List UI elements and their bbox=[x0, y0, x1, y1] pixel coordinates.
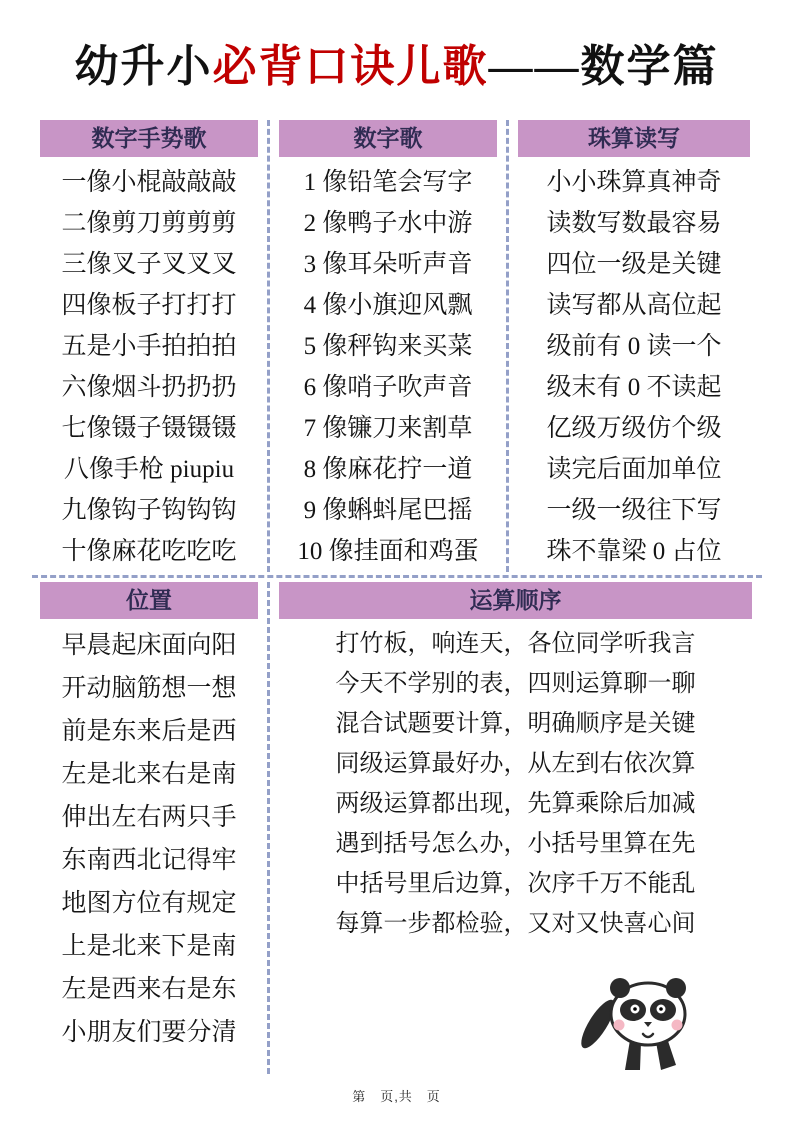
rhyme-line: 四位一级是关键 bbox=[518, 244, 750, 285]
rhyme-line: 级末有 0 不读起 bbox=[518, 367, 750, 408]
section-position: 位置 早晨起床面向阳开动脑筋想一想前是东来后是西左是北来右是南伸出左右两只手东南… bbox=[40, 582, 258, 1074]
rhyme-lines-position: 早晨起床面向阳开动脑筋想一想前是东来后是西左是北来右是南伸出左右两只手东南西北记… bbox=[40, 619, 258, 1054]
rhyme-line: 一像小棍敲敲敲 bbox=[40, 162, 258, 203]
page-number-footer: 第 页,共 页 bbox=[0, 1086, 793, 1105]
rhyme-line: 九像钩子钩钩钩 bbox=[40, 490, 258, 531]
panda-icon bbox=[572, 972, 722, 1074]
rhyme-line: 中括号里后边算，次序千万不能乱 bbox=[279, 864, 752, 904]
rhyme-line: 5 像秤钩来买菜 bbox=[279, 326, 497, 367]
top-section-grid: 数字手势歌 一像小棍敲敲敲二像剪刀剪剪剪三像叉子叉叉叉四像板子打打打五是小手拍拍… bbox=[40, 120, 752, 572]
rhyme-line: 1 像铅笔会写字 bbox=[279, 162, 497, 203]
rhyme-line: 早晨起床面向阳 bbox=[40, 624, 258, 667]
rhyme-line: 4 像小旗迎风飘 bbox=[279, 285, 497, 326]
rhyme-line: 遇到括号怎么办，小括号里算在先 bbox=[279, 824, 752, 864]
rhyme-line: 八像手枪 piupiu bbox=[40, 449, 258, 490]
rhyme-line: 十像麻花吃吃吃 bbox=[40, 531, 258, 572]
rhyme-line: 四像板子打打打 bbox=[40, 285, 258, 326]
title-suffix: ——数学篇 bbox=[489, 42, 719, 91]
section-abacus-read-write: 珠算读写 小小珠算真神奇读数写数最容易四位一级是关键读写都从高位起级前有 0 读… bbox=[518, 120, 750, 572]
title-highlight: 必背口诀儿歌 bbox=[213, 42, 489, 91]
rhyme-line: 混合试题要计算，明确顺序是关键 bbox=[279, 704, 752, 744]
rhyme-line: 8 像麻花拧一道 bbox=[279, 449, 497, 490]
rhyme-line: 东南西北记得牢 bbox=[40, 839, 258, 882]
rhyme-line: 三像叉子叉叉叉 bbox=[40, 244, 258, 285]
rhyme-line: 9 像蝌蚪尾巴摇 bbox=[279, 490, 497, 531]
rhyme-line: 伸出左右两只手 bbox=[40, 796, 258, 839]
section-header-abacus-read-write: 珠算读写 bbox=[518, 120, 750, 157]
rhyme-line: 10 像挂面和鸡蛋 bbox=[279, 531, 497, 572]
rhyme-line: 两级运算都出现，先算乘除后加减 bbox=[279, 784, 752, 824]
section-number-song: 数字歌 1 像铅笔会写字2 像鸭子水中游3 像耳朵听声音4 像小旗迎风飘5 像秤… bbox=[279, 120, 497, 572]
rhyme-line: 小小珠算真神奇 bbox=[518, 162, 750, 203]
horizontal-dashed-divider bbox=[32, 575, 762, 578]
section-header-number-gesture-song: 数字手势歌 bbox=[40, 120, 258, 157]
rhyme-lines-abacus-read-write: 小小珠算真神奇读数写数最容易四位一级是关键读写都从高位起级前有 0 读一个级末有… bbox=[518, 157, 750, 572]
rhyme-line: 六像烟斗扔扔扔 bbox=[40, 367, 258, 408]
rhyme-line: 前是东来后是西 bbox=[40, 710, 258, 753]
rhyme-lines-number-gesture-song: 一像小棍敲敲敲二像剪刀剪剪剪三像叉子叉叉叉四像板子打打打五是小手拍拍拍六像烟斗扔… bbox=[40, 157, 258, 572]
rhyme-line: 左是北来右是南 bbox=[40, 753, 258, 796]
rhyme-line: 读写都从高位起 bbox=[518, 285, 750, 326]
vertical-dashed-divider bbox=[267, 120, 270, 572]
rhyme-line: 左是西来右是东 bbox=[40, 968, 258, 1011]
rhyme-line: 2 像鸭子水中游 bbox=[279, 203, 497, 244]
section-header-operation-order: 运算顺序 bbox=[279, 582, 752, 619]
section-header-position: 位置 bbox=[40, 582, 258, 619]
bottom-section-grid: 位置 早晨起床面向阳开动脑筋想一想前是东来后是西左是北来右是南伸出左右两只手东南… bbox=[40, 582, 752, 1074]
rhyme-line: 今天不学别的表，四则运算聊一聊 bbox=[279, 664, 752, 704]
rhyme-line: 七像镊子镊镊镊 bbox=[40, 408, 258, 449]
rhyme-line: 级前有 0 读一个 bbox=[518, 326, 750, 367]
section-header-number-song: 数字歌 bbox=[279, 120, 497, 157]
rhyme-line: 7 像镰刀来割草 bbox=[279, 408, 497, 449]
rhyme-line: 一级一级往下写 bbox=[518, 490, 750, 531]
rhyme-line: 开动脑筋想一想 bbox=[40, 667, 258, 710]
rhyme-line: 打竹板，响连天，各位同学听我言 bbox=[279, 624, 752, 664]
section-number-gesture-song: 数字手势歌 一像小棍敲敲敲二像剪刀剪剪剪三像叉子叉叉叉四像板子打打打五是小手拍拍… bbox=[40, 120, 258, 572]
worksheet-content: 数字手势歌 一像小棍敲敲敲二像剪刀剪剪剪三像叉子叉叉叉四像板子打打打五是小手拍拍… bbox=[40, 120, 752, 1074]
rhyme-lines-number-song: 1 像铅笔会写字2 像鸭子水中游3 像耳朵听声音4 像小旗迎风飘5 像秤钩来买菜… bbox=[279, 157, 497, 572]
rhyme-line: 3 像耳朵听声音 bbox=[279, 244, 497, 285]
rhyme-line: 五是小手拍拍拍 bbox=[40, 326, 258, 367]
vertical-dashed-divider bbox=[506, 120, 509, 572]
rhyme-line: 读数写数最容易 bbox=[518, 203, 750, 244]
title-prefix: 幼升小 bbox=[75, 42, 213, 91]
rhyme-line: 地图方位有规定 bbox=[40, 882, 258, 925]
rhyme-line: 珠不靠梁 0 占位 bbox=[518, 531, 750, 572]
vertical-dashed-divider bbox=[267, 582, 270, 1074]
rhyme-line: 二像剪刀剪剪剪 bbox=[40, 203, 258, 244]
rhyme-line: 读完后面加单位 bbox=[518, 449, 750, 490]
rhyme-lines-operation-order: 打竹板，响连天，各位同学听我言今天不学别的表，四则运算聊一聊混合试题要计算，明确… bbox=[279, 619, 752, 944]
rhyme-line: 亿级万级仿个级 bbox=[518, 408, 750, 449]
rhyme-line: 6 像哨子吹声音 bbox=[279, 367, 497, 408]
rhyme-line: 每算一步都检验，又对又快喜心间 bbox=[279, 904, 752, 944]
rhyme-line: 上是北来下是南 bbox=[40, 925, 258, 968]
section-operation-order: 运算顺序 打竹板，响连天，各位同学听我言今天不学别的表，四则运算聊一聊混合试题要… bbox=[279, 582, 752, 1074]
rhyme-line: 同级运算最好办，从左到右依次算 bbox=[279, 744, 752, 784]
page-title: 幼升小必背口诀儿歌——数学篇 bbox=[0, 30, 793, 94]
rhyme-line: 小朋友们要分清 bbox=[40, 1011, 258, 1054]
